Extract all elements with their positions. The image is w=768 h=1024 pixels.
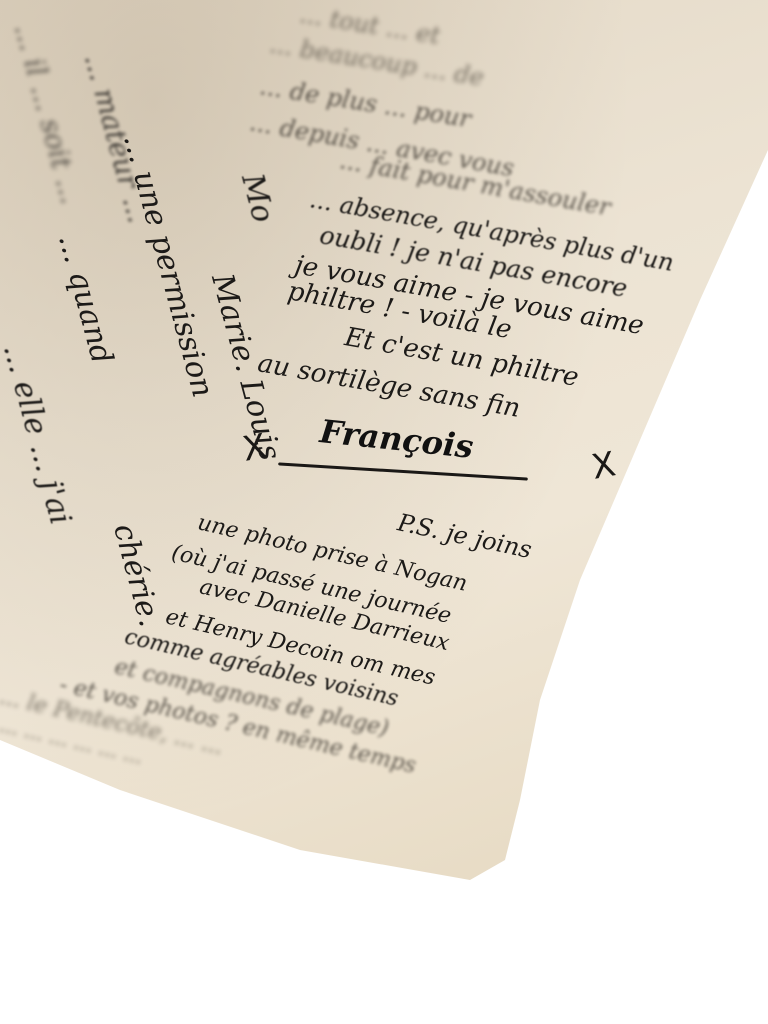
photo-stage: ... tout ... et ... beaucoup ... de ... … bbox=[0, 0, 768, 1024]
